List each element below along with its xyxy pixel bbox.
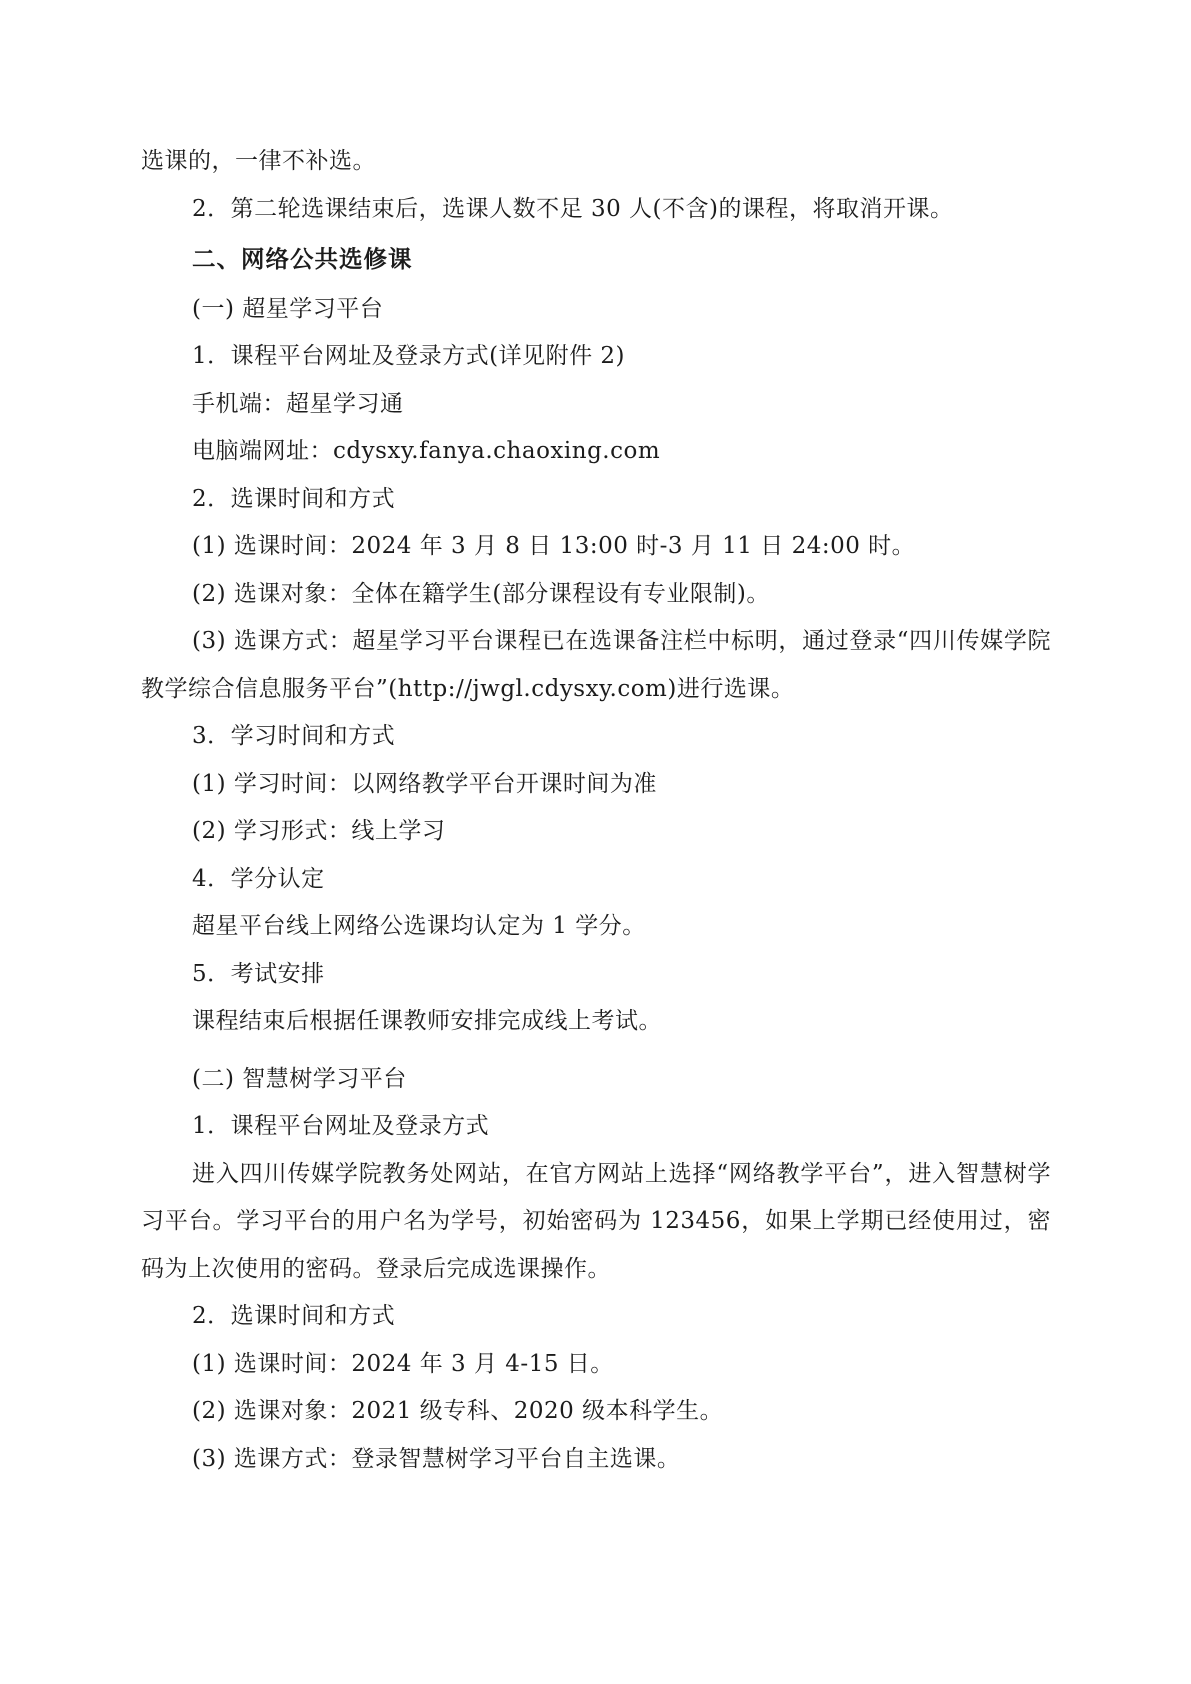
para-credit-value: 超星平台线上网络公选课均认定为 1 学分。 <box>141 903 1051 951</box>
item-selection-method-2: (3) 选课方式：登录智慧树学习平台自主选课。 <box>141 1436 1051 1484</box>
item-study-time-method: 3．学习时间和方式 <box>141 713 1051 761</box>
document-content: 选课的，一律不补选。 2．第二轮选课结束后，选课人数不足 30 人(不含)的课程… <box>141 138 1051 1483</box>
item-selection-method: (3) 选课方式：超星学习平台课程已在选课备注栏中标明，通过登录“四川传媒学院教… <box>141 618 1051 713</box>
subsection-chaoxing-platform: (一) 超星学习平台 <box>141 286 1051 334</box>
item-credit-recognition: 4．学分认定 <box>141 856 1051 904</box>
item-selection-time-method: 2．选课时间和方式 <box>141 476 1051 524</box>
item-second-round-cancel: 2．第二轮选课结束后，选课人数不足 30 人(不含)的课程，将取消开课。 <box>141 186 1051 234</box>
para-continuation: 选课的，一律不补选。 <box>141 138 1051 186</box>
subsection-zhihuishu-platform: (二) 智慧树学习平台 <box>141 1056 1051 1104</box>
item-platform-url-login: 1．课程平台网址及登录方式(详见附件 2) <box>141 333 1051 381</box>
item-selection-target: (2) 选课对象：全体在籍学生(部分课程设有专业限制)。 <box>141 571 1051 619</box>
para-exam-completion: 课程结束后根据任课教师安排完成线上考试。 <box>141 998 1051 1046</box>
document-page: 选课的，一律不补选。 2．第二轮选课结束后，选课人数不足 30 人(不含)的课程… <box>0 0 1191 1684</box>
item-platform-url-login-2: 1．课程平台网址及登录方式 <box>141 1103 1051 1151</box>
item-selection-target-2: (2) 选课对象：2021 级专科、2020 级本科学生。 <box>141 1388 1051 1436</box>
item-selection-time: (1) 选课时间：2024 年 3 月 8 日 13:00 时-3 月 11 日… <box>141 523 1051 571</box>
section-heading-online-electives: 二、网络公共选修课 <box>141 236 1051 284</box>
para-pc-url: 电脑端网址：cdysxy.fanya.chaoxing.com <box>141 428 1051 476</box>
para-mobile-app: 手机端：超星学习通 <box>141 381 1051 429</box>
para-zhihuishu-login-guide: 进入四川传媒学院教务处网站，在官方网站上选择“网络教学平台”，进入智慧树学习平台… <box>141 1151 1051 1294</box>
item-selection-time-method-2: 2．选课时间和方式 <box>141 1293 1051 1341</box>
item-study-form: (2) 学习形式：线上学习 <box>141 808 1051 856</box>
item-selection-time-2: (1) 选课时间：2024 年 3 月 4-15 日。 <box>141 1341 1051 1389</box>
item-exam-arrangement: 5．考试安排 <box>141 951 1051 999</box>
item-study-time: (1) 学习时间：以网络教学平台开课时间为准 <box>141 761 1051 809</box>
